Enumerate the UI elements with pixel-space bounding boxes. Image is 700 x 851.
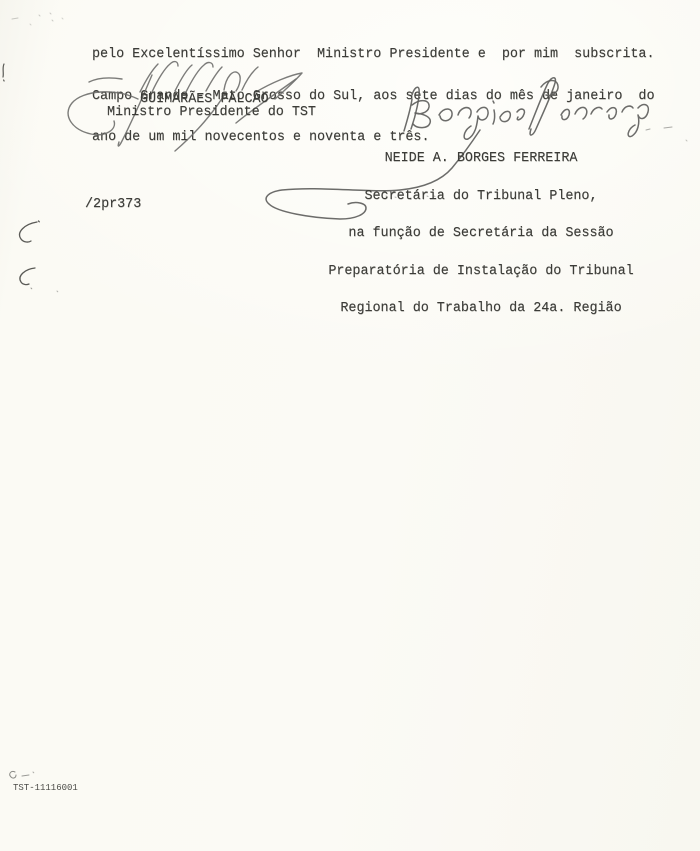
right-signatory-title-1: Secretária do Tribunal Pleno, <box>325 191 637 204</box>
right-signatory-block: NEIDE A. BORGES FERREIRA Secretária do T… <box>325 128 637 341</box>
right-signatory-title-3: Preparatória de Instalação do Tribunal <box>325 266 637 279</box>
reference-code: /2pr373 <box>85 198 141 212</box>
right-signatory-title-4: Regional do Trabalho da 24a. Região <box>325 303 637 316</box>
right-signatory-name: NEIDE A. BORGES FERREIRA <box>325 153 637 166</box>
right-signatory-title-2: na função de Secretária da Sessão <box>325 228 637 241</box>
document-control-number: TST-11116001 <box>13 783 78 793</box>
scanned-document-page: pelo Excelentíssimo Senhor Ministro Pres… <box>0 0 700 851</box>
